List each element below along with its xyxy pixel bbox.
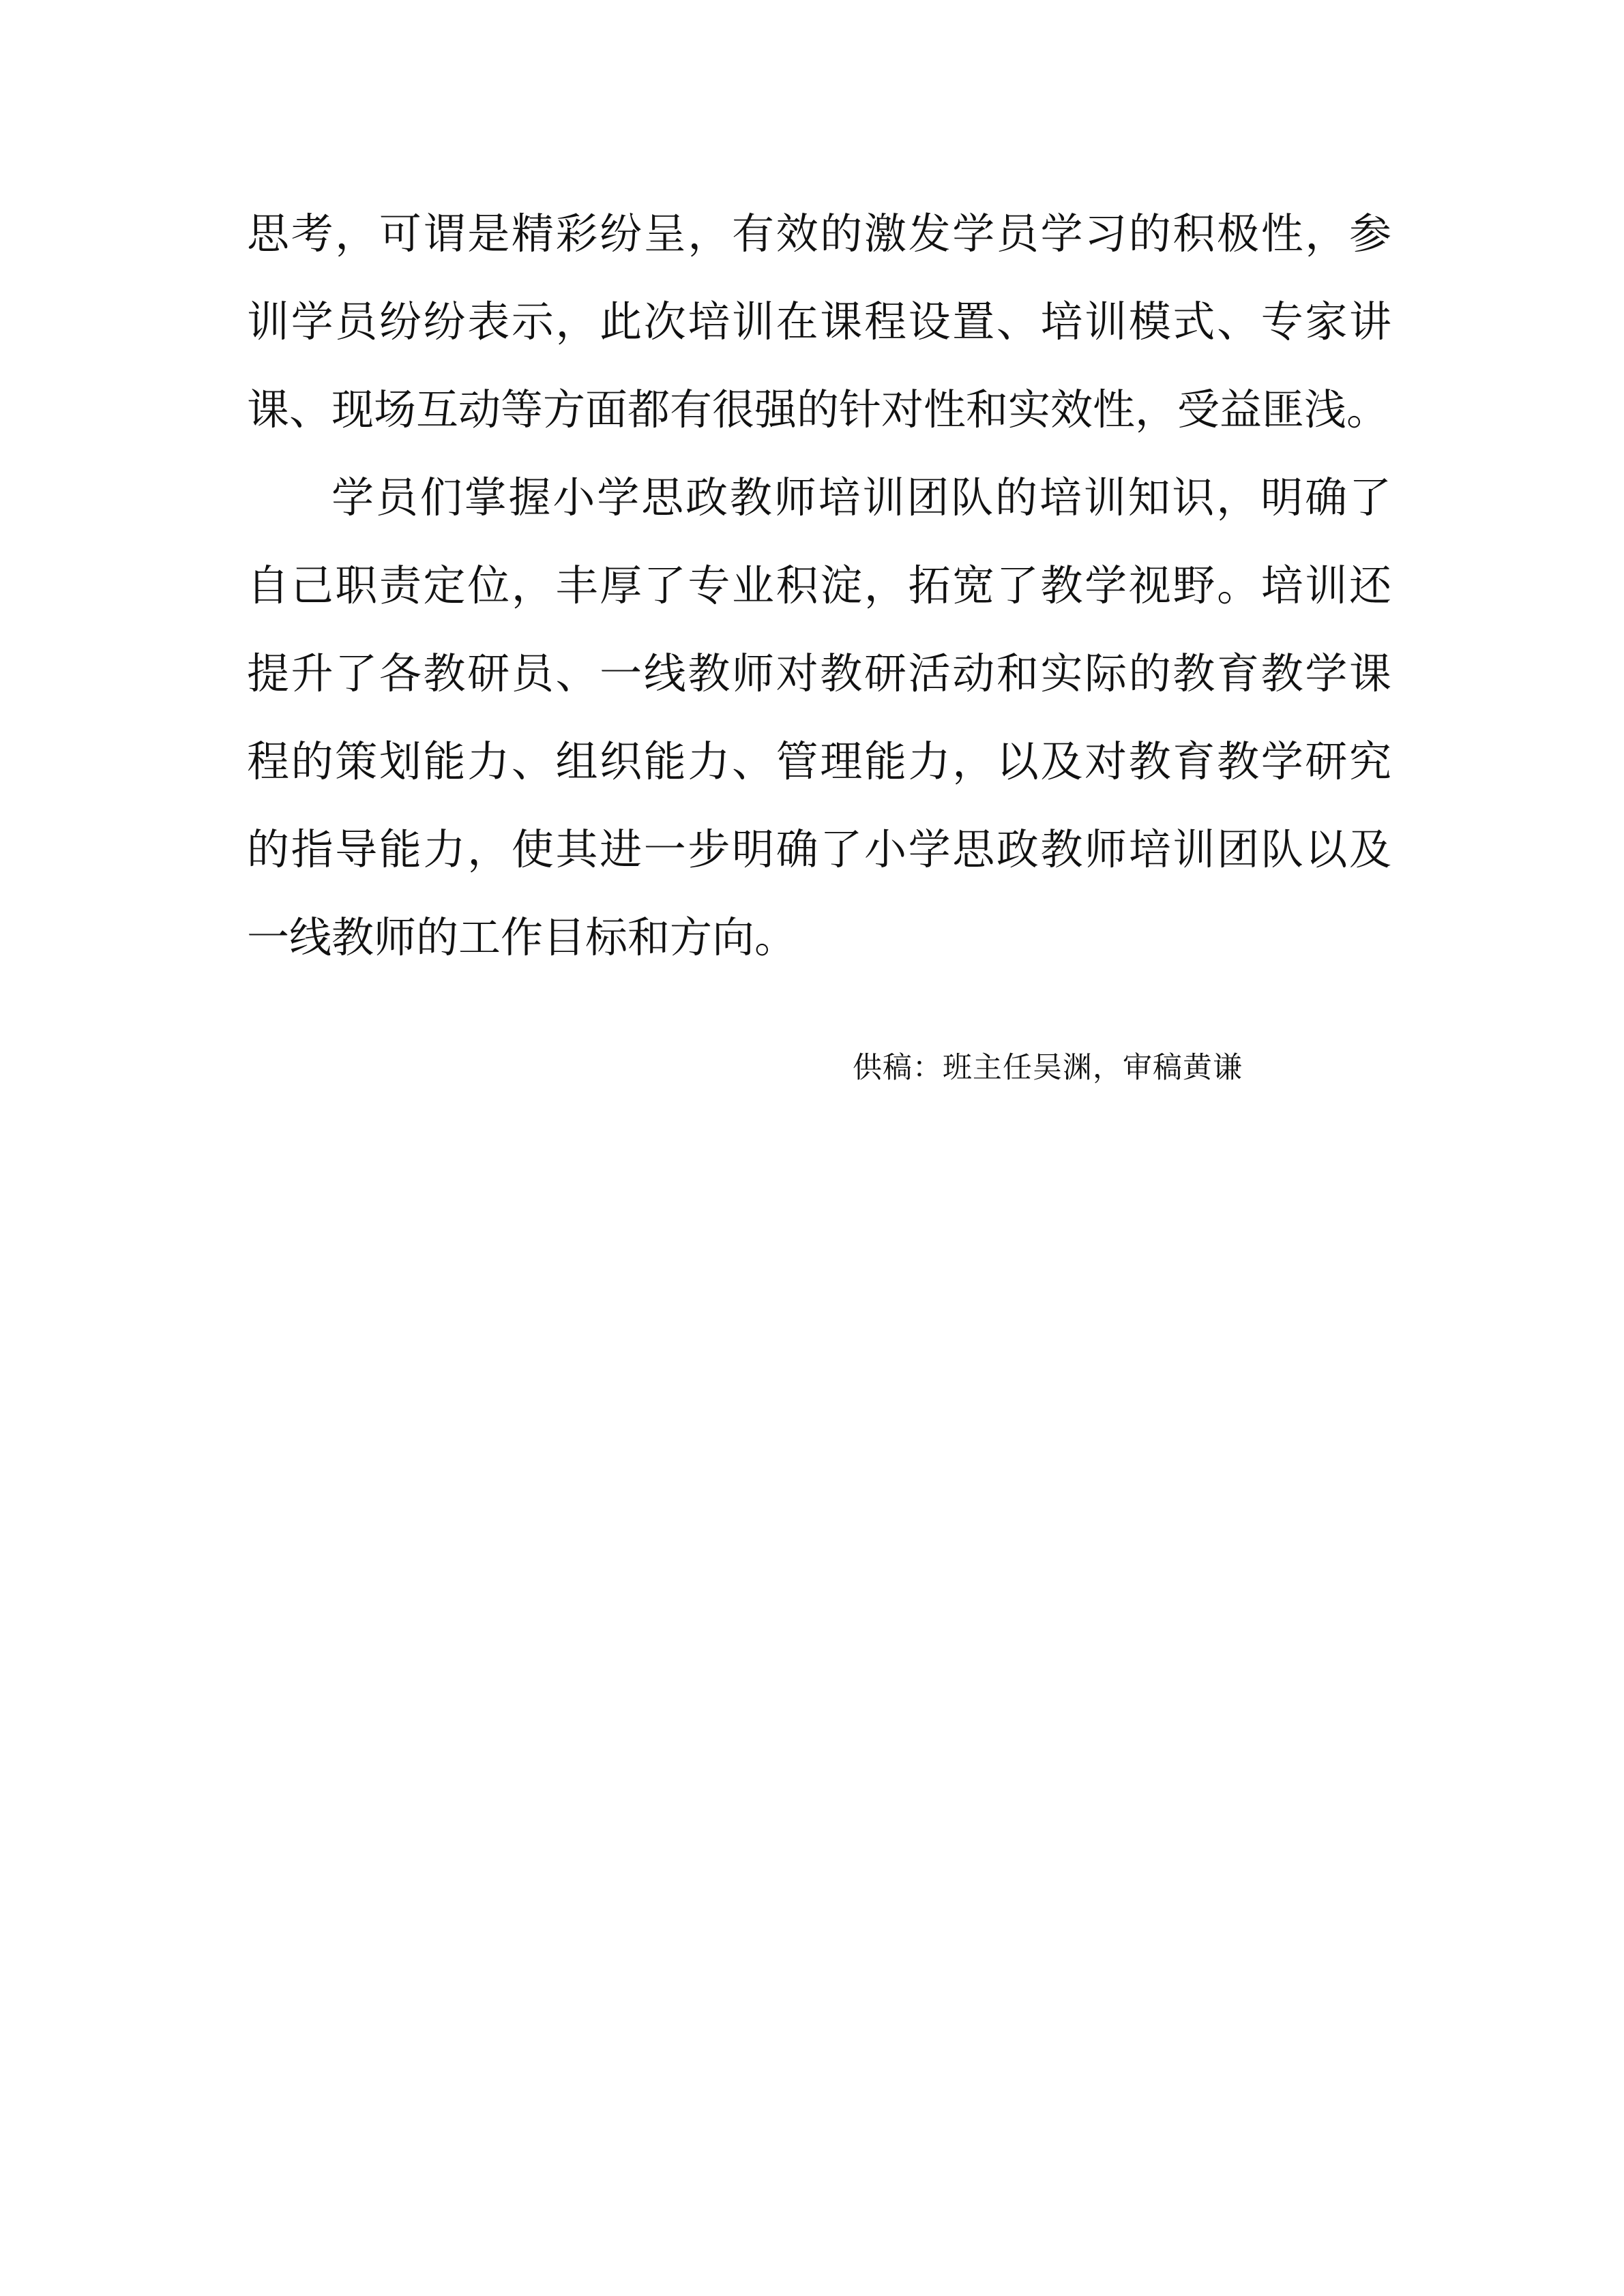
text-line: 自己职责定位，丰厚了专业积淀，拓宽了教学视野。培训还 (247, 543, 1391, 631)
text-line: 程的策划能力、组织能力、管理能力，以及对教育教学研究 (247, 719, 1391, 807)
text-line: 思考，可谓是精彩纷呈，有效的激发学员学习的积极性，参 (247, 191, 1391, 279)
text-line: 训学员纷纷表示，此次培训在课程设置、培训模式、专家讲 (247, 279, 1391, 367)
text-line: 的指导能力，使其进一步明确了小学思政教师培训团队以及 (247, 807, 1391, 895)
text-line: 学员们掌握小学思政教师培训团队的培训知识，明确了 (247, 455, 1391, 543)
document-body: 思考，可谓是精彩纷呈，有效的激发学员学习的积极性，参 训学员纷纷表示，此次培训在… (247, 191, 1391, 983)
text-line: 提升了各教研员、一线教师对教研活动和实际的教育教学课 (247, 631, 1391, 719)
text-line: 一线教师的工作目标和方向。 (247, 895, 1391, 983)
byline: 供稿：班主任吴渊，审稿黄谦 (853, 1049, 1243, 1088)
document-page: 思考，可谓是精彩纷呈，有效的激发学员学习的积极性，参 训学员纷纷表示，此次培训在… (0, 0, 1624, 2296)
text-line: 课、现场互动等方面都有很强的针对性和实效性，受益匪浅。 (247, 367, 1391, 455)
